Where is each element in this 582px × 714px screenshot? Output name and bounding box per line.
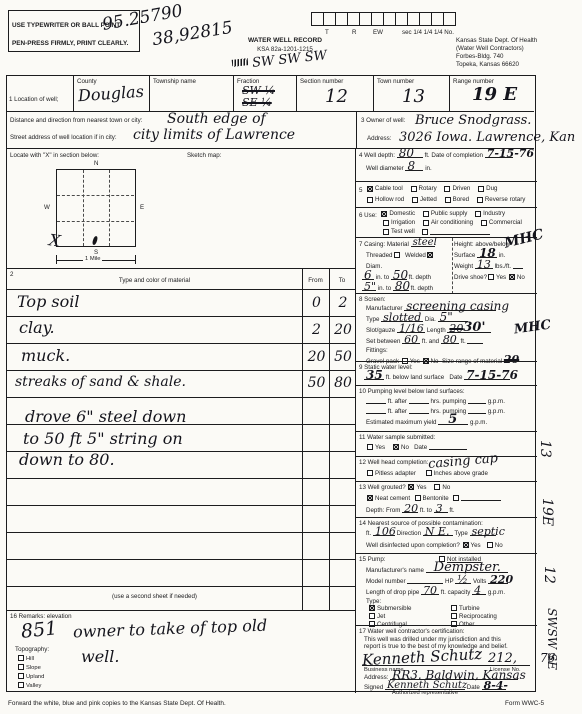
material-cell: clay. (19, 320, 55, 336)
option-label: Jetted (420, 196, 437, 204)
agency-address-block: Kansas State Dept. Of Health (Water Well… (456, 37, 537, 69)
drilling-note-line: drove 6" steel down (25, 409, 186, 425)
contamination-ft-blank: 106 (373, 530, 395, 536)
no-label: No (442, 484, 450, 491)
section-divider (452, 238, 453, 294)
option-bored: Bored (444, 196, 470, 204)
compass-north: N (94, 160, 98, 168)
checkbox-grout-other (453, 495, 459, 501)
material-cell: streaks of sand & shale. (15, 375, 186, 389)
license-number-value: 212, (488, 652, 517, 665)
static-level-blank: 35 (364, 374, 384, 380)
weight-extra-blank (513, 263, 523, 269)
from-cell: 50 (304, 376, 329, 390)
capacity-label: ft. capacity (441, 589, 471, 596)
signed-date-label: Date (467, 684, 480, 691)
static-date-value: 7-15-76 (466, 369, 518, 381)
signature-line (362, 665, 530, 666)
static-level-unit: ft. below land surface (386, 374, 444, 381)
volts-value: 220 (490, 574, 513, 585)
checkbox-slope (18, 664, 24, 670)
distance-value: South edge of (167, 112, 266, 126)
contractor-address-label: Address: (364, 674, 388, 681)
casing-d2-end: ft. depth (411, 285, 433, 292)
grout-to-blank: 3 (434, 507, 448, 513)
checkbox-industry (475, 211, 481, 217)
checkbox-public-supply (423, 211, 429, 217)
weight-unit: lbs./ft. (495, 263, 512, 270)
material-table: 2 Type and color of material From To Top (7, 269, 355, 611)
drilling-note-line: to 50 ft 5" string on (23, 431, 183, 447)
checkbox-sample-no (393, 444, 399, 450)
checkbox-cable-tool (367, 186, 373, 192)
row-line (7, 343, 355, 344)
second-sheet-note: (use a second sheet if needed) (7, 593, 302, 601)
to-header: To (329, 277, 355, 285)
row-line (7, 370, 355, 371)
sample-date-blank (429, 444, 467, 450)
static-level-value: 35 (366, 369, 383, 381)
checkbox-driven (444, 186, 450, 192)
range-number-value: 19 E (472, 86, 517, 104)
checkbox-other-use (422, 229, 428, 235)
option-label: Bored (453, 196, 470, 204)
topo-option-label: Slope (26, 665, 41, 671)
contamination-type-blank: septic (470, 530, 496, 536)
form-title-block: WATER WELL RECORD KSA 82a-1201-1215 (222, 37, 348, 54)
grid-box (443, 12, 456, 26)
yield-label: Estimated maximum yield (366, 419, 437, 426)
set-from-value: 60 (404, 334, 418, 345)
checkbox-reverse-rotary (477, 197, 483, 203)
model-number-label: Model number (366, 578, 406, 585)
water-sample-section: 11 Water sample submitted: Yes No Date (356, 431, 537, 456)
county-cell: County Douglas (73, 76, 149, 112)
yes-label: Yes (471, 542, 481, 549)
pumping-line-label: ft. after (388, 398, 407, 405)
pump-mfr-label: Manufacturer's name (366, 567, 424, 574)
location-label: 1 Location of well; (9, 96, 59, 103)
pumping-blank (468, 408, 486, 414)
static-date-label: Date (449, 374, 462, 381)
street-address-value: city limits of Lawrence (133, 128, 295, 142)
range-number-cell: Range number 19 E (449, 76, 534, 112)
from-header: From (302, 277, 329, 285)
pumping-gpm-label: g.p.m. (488, 398, 505, 405)
township-range-grid (312, 12, 456, 26)
option-reverse-rotary: Reverse rotary (476, 196, 526, 204)
well-head-label: 12 Well head completion: (359, 459, 428, 466)
checkbox-air-conditioning (423, 220, 429, 226)
well-depth-value: 80 (399, 147, 414, 159)
completion-date-value: 7-15-76 (487, 148, 534, 159)
bentonite-label: Bentonite (423, 495, 449, 502)
surface-unit: in. (499, 252, 506, 259)
drop-pipe-label: Length of drop pipe (366, 589, 419, 596)
option-other-use (421, 229, 490, 235)
owner-value: Bruce Snodgrass. (415, 114, 531, 127)
certification-text: This well was drilled under my jurisdict… (364, 636, 501, 643)
pitless-label: Pitless adapter (375, 470, 416, 477)
option-label: Driven (452, 185, 470, 193)
sketch-map-label: Sketch map: (187, 152, 221, 160)
set-from-blank: 60 (402, 338, 420, 344)
margin-note: 19E (540, 498, 554, 526)
location-cell: 1 Location of well; (7, 76, 73, 112)
agency-line: (Water Well Contractors) (456, 45, 537, 53)
ink-scribble (232, 58, 249, 67)
checkbox-hollow-rod (367, 197, 373, 203)
slot-gauze-label: Slot/gauze (366, 327, 395, 334)
pumping-line-label: ft. after (388, 408, 407, 415)
use-section: 6 Use: Domestic Public supply Industry I… (356, 207, 537, 237)
casing-label: 7 Casing: Material (359, 241, 409, 248)
option-label: Submersible (377, 605, 411, 612)
option-air-conditioning: Air conditioning (422, 219, 473, 227)
completion-date-label: ft. Date of completion (424, 152, 482, 159)
drive-shoe-label: Drive shoe? (454, 274, 487, 281)
authorized-representative-label: Authorized representative (392, 690, 458, 698)
grouted-label: 13 Well grouted? (359, 484, 406, 491)
signed-date-blank: 8-4- (482, 684, 506, 690)
to-cell: 80 (331, 376, 355, 390)
set-to-blank: 80 (441, 338, 459, 344)
checkbox-grouted-yes (408, 484, 414, 490)
option-label: Rotary (419, 185, 437, 193)
pumping-hrs-label: hrs. pumping (430, 398, 466, 405)
yield-blank: 5 (438, 419, 468, 425)
well-location-x-mark: X (48, 232, 62, 249)
option-jetted: Jetted (411, 196, 437, 204)
row-line (7, 505, 355, 506)
capacity-unit: g.p.m. (488, 589, 505, 596)
compass-east: E (140, 204, 144, 212)
certification-section: 17 Water well contractor's certification… (356, 625, 537, 693)
option-test-well: Test well (382, 228, 415, 236)
town-number-cell: Town number 13 (373, 76, 449, 112)
checkbox-disinfected-no (487, 542, 493, 548)
contamination-section: 14 Nearest source of possible contaminat… (356, 517, 537, 553)
material-cell: muck. (21, 348, 70, 364)
casing-d2-mid: in. to (378, 285, 391, 292)
water-sample-label: 11 Water sample submitted: (359, 434, 435, 441)
option-irrigation: Irrigation (382, 219, 415, 227)
row-line (7, 316, 355, 317)
checkbox-hill (18, 655, 24, 661)
casing-section: 7 Casing: Material steel Height: above/b… (356, 237, 537, 293)
grid-label-r: R (352, 29, 356, 37)
pump-label: 15 Pump: (359, 556, 385, 563)
inches-above-label: Inches above grade (434, 470, 488, 477)
contamination-type-value: septic (472, 526, 505, 537)
no-label: No (517, 274, 525, 281)
distance-label: Distance and direction from nearest town… (10, 117, 142, 125)
sample-date-label: Date (414, 444, 427, 451)
capacity-value: 4 (474, 585, 481, 596)
row-line (7, 559, 355, 560)
checkbox-commercial (481, 220, 487, 226)
welded-label: Welded (405, 252, 426, 259)
fittings-label: Fittings: (366, 347, 388, 354)
grid-line (57, 221, 134, 222)
static-level-section: 9 Static water level: 35 ft. below land … (356, 361, 537, 385)
agency-line: Kansas State Dept. Of Health (456, 37, 537, 45)
section-number-label: Section number (300, 78, 343, 86)
casing-d2-ft-value: 80 (395, 280, 410, 292)
grout-to-value: 3 (436, 503, 443, 514)
row-line (7, 586, 355, 587)
option-label: Reciprocating (459, 613, 497, 620)
yes-label: Yes (496, 274, 506, 281)
option-label: Public supply (431, 210, 467, 218)
no-label: No (495, 542, 503, 549)
agency-line: Forbes-Bldg. 740 (456, 53, 537, 61)
street-address-label: Street address of well location if in ci… (10, 134, 117, 142)
capacity-blank: 4 (472, 589, 486, 595)
screen-type-label: Type (366, 316, 379, 323)
owner-address-value: 3026 Iowa. Lawrence, Kan (399, 131, 575, 144)
contamination-type-label: Type (454, 530, 467, 537)
screen-label: 8 Screen: (359, 296, 385, 303)
yield-unit: g.p.m. (470, 419, 487, 426)
to-cell: 50 (331, 350, 355, 364)
from-cell: 0 (304, 296, 329, 310)
drop-pipe-blank: 70 (421, 589, 439, 595)
checkbox-turbine (451, 605, 457, 611)
checkbox-submersible (369, 605, 375, 611)
length-value: 30' (463, 321, 485, 334)
pumping-blank (409, 398, 429, 404)
county-value: Douglas (78, 84, 145, 105)
casing-d2-ft-blank: 80 (393, 285, 409, 291)
option-domestic: Domestic (380, 210, 415, 218)
topo-option-label: Hill (26, 656, 34, 662)
grid-line (57, 195, 134, 196)
topo-option-label: Valley (26, 683, 41, 689)
grout-end-label: ft. (449, 507, 454, 514)
checkbox-pitless (367, 470, 373, 476)
section-number-cell: Section number 12 (296, 76, 373, 112)
pumping-level-section: 10 Pumping level below land surfaces: ft… (356, 385, 537, 431)
from-cell: 20 (304, 350, 329, 364)
other-use-blank (430, 229, 490, 235)
town-number-value: 13 (402, 88, 425, 106)
checkbox-threaded (394, 252, 400, 258)
grouted-section: 13 Well grouted? Yes No Neat cement Bent… (356, 481, 537, 517)
margin-note: 12 (542, 566, 556, 584)
checkbox-sample-yes (367, 444, 373, 450)
remark-text: well. (81, 649, 119, 665)
static-date-blank: 7-15-76 (464, 374, 510, 380)
option-cable-tool: Cable tool (366, 185, 403, 193)
well-head-section: 12 Well head completion: casing cap Pitl… (356, 456, 537, 481)
compass-west: W (44, 204, 50, 212)
option-label: Industry (483, 210, 505, 218)
well-diameter-unit: in. (425, 165, 432, 172)
locate-label: Locate with "X" in section below: (10, 152, 99, 160)
grout-depth-label: Depth: From (366, 507, 400, 514)
agency-line: Topeka, Kansas 66620 (456, 61, 537, 69)
option-industry: Industry (474, 210, 505, 218)
yes-label: Yes (375, 444, 385, 451)
casing-d2-blank: 5" (362, 285, 376, 291)
section-square (56, 169, 136, 247)
set-extra-blank (467, 338, 483, 344)
grout-from-blank: 20 (402, 507, 418, 513)
grout-from-value: 20 (404, 503, 418, 514)
from-cell: 2 (304, 323, 329, 337)
pumping-blank (366, 408, 386, 414)
casing-material-blank: steel (411, 241, 435, 247)
right-column: 4 Well depth: 80 ft. Date of completion … (356, 149, 534, 693)
well-depth-blank: 80 (397, 152, 423, 158)
weight-blank: 13 (475, 263, 493, 269)
hp-blank: ½ (455, 578, 471, 584)
grid-label-ew: EW (373, 29, 383, 37)
checkbox-dug (478, 186, 484, 192)
neat-cement-label: Neat cement (375, 495, 410, 502)
option-hollow-rod: Hollow rod (366, 196, 404, 204)
remarks-section: 16 Remarks: elevation 851 owner to take … (7, 611, 355, 693)
owner-cell: 3 Owner of well: Bruce Snodgrass. Addres… (356, 112, 534, 149)
footer-form-number: Form WWC-5 (505, 700, 544, 708)
signed-date-value: 8-4- (484, 680, 508, 691)
ink-blob (92, 236, 99, 246)
checkbox-grouted-no (434, 484, 440, 490)
threaded-label: Threaded (366, 252, 393, 259)
owner-label: 3 Owner of well: (361, 117, 405, 125)
checkbox-bored (445, 197, 451, 203)
left-column: Locate with "X" in section below: Sketch… (7, 149, 356, 693)
option-commercial: Commercial (480, 219, 522, 227)
to-cell: 2 (331, 296, 355, 310)
option-label: Dug (486, 185, 497, 193)
direction-value: N E. (425, 526, 450, 537)
distance-owner-row: Distance and direction from nearest town… (7, 112, 534, 149)
topography-label: Topography: (15, 646, 49, 654)
contamination-ft-label: ft. (366, 530, 371, 537)
well-diameter-label: Well diameter (366, 165, 404, 172)
casing-d1-mid: in. to (376, 274, 389, 281)
pump-type-label: Type: (366, 598, 381, 605)
grid-label-t: T (325, 29, 329, 37)
drilling-method-section: 5 Cable tool Rotary Driven Dug Hollow ro… (356, 181, 537, 207)
hp-value: ½ (457, 574, 468, 585)
margin-note: 13 (538, 440, 552, 458)
option-label: Commercial (489, 219, 522, 227)
direction-label: Direction (397, 530, 421, 537)
row-line (7, 532, 355, 533)
reviewer-annotation: MHC (513, 318, 551, 336)
checkbox-jetted (412, 197, 418, 203)
pumping-blank (366, 398, 386, 404)
casing-d2-value: 5" (364, 281, 376, 292)
fraction-cell: Fraction SW ¼ SE ¼ (233, 76, 296, 112)
checkbox-upland (18, 673, 24, 679)
option-label: Jet (377, 613, 385, 620)
pumping-blank (409, 408, 429, 414)
hp-label: HP (445, 578, 453, 585)
row-line (7, 478, 355, 479)
material-cell: Top soil (17, 294, 79, 310)
yield-value: 5 (448, 413, 457, 426)
checkbox-reciprocating (451, 613, 457, 619)
option-driven: Driven (443, 185, 470, 193)
checkbox-test-well (383, 229, 389, 235)
casing-d1-end: ft. depth (409, 274, 431, 281)
dia-label: Dia. (425, 316, 436, 323)
option-rotary: Rotary (410, 185, 437, 193)
pumping-blank (468, 398, 486, 404)
form-body: 1 Location of well; County Douglas Towns… (6, 75, 536, 692)
pumping-gpm-label: g.p.m. (488, 408, 505, 415)
pump-section: 15 Pump: Not installed Manufacturer's na… (356, 553, 537, 625)
section-number: 5 (359, 187, 362, 194)
pumping-level-label: 10 Pumping level below land surfaces: (359, 388, 465, 395)
option-label: Turbine (459, 605, 480, 612)
elevation-value: 851 (20, 619, 58, 642)
use-label: 6 Use: (359, 212, 377, 219)
well-diameter-blank: 8 (405, 165, 423, 171)
fraction-crossed-value: SE ¼ (242, 97, 272, 108)
form-title: WATER WELL RECORD (222, 37, 348, 46)
set-mid-label: ft. and (422, 338, 439, 345)
no-label: No (401, 444, 409, 451)
weight-value: 13 (477, 259, 491, 270)
row-line (7, 397, 355, 398)
fraction-crossed-value: SW ¼ (242, 85, 275, 96)
option-label: Cable tool (375, 185, 403, 193)
row-line (7, 289, 355, 290)
grid-line (83, 170, 84, 246)
checkbox-jet (369, 613, 375, 619)
yes-label: Yes (416, 484, 426, 491)
owner-address-label: Address: (367, 135, 391, 143)
scale-label: 1 Mile (83, 256, 102, 264)
drilling-note-line: down to 80. (19, 452, 115, 468)
option-label: Domestic (389, 210, 415, 218)
well-depth-section: 4 Well depth: 80 ft. Date of completion … (356, 149, 537, 181)
contamination-ft-value: 106 (375, 526, 396, 537)
well-depth-label: 4 Well depth: (359, 152, 395, 159)
surface-label: Surface (454, 252, 475, 259)
material-header: Type and color of material (7, 277, 302, 285)
topo-option-label: Upland (26, 674, 44, 680)
option-public-supply: Public supply (422, 210, 467, 218)
grid-label-sec: sec 1/4 1/4 1/4 No. (402, 29, 454, 37)
option-label: Air conditioning (431, 219, 473, 227)
checkbox-inches-above (426, 470, 432, 476)
locate-section: Locate with "X" in section below: Sketch… (7, 149, 355, 269)
town-number-label: Town number (377, 78, 414, 86)
completion-date-blank: 7-15-76 (485, 152, 513, 158)
checkbox-domestic (381, 211, 387, 217)
well-diameter-value: 8 (407, 160, 415, 172)
screen-section: 8 Screen: Manufacturer screening casing … (356, 293, 537, 361)
section-number-value: 12 (325, 88, 348, 106)
township-label: Township name (153, 78, 196, 86)
remark-text: owner to take of top old (73, 618, 268, 641)
township-cell: Township name (149, 76, 233, 112)
volts-blank: 220 (488, 578, 508, 584)
option-label: Irrigation (391, 219, 415, 227)
option-label: Hollow rod (375, 196, 404, 204)
option-label: Test well (391, 228, 415, 236)
footer-distribution-note: Forward the white, blue and pink copies … (8, 700, 226, 708)
water-well-record-scan: USE TYPEWRITER OR BALL POINT PEN-PRESS F… (0, 0, 582, 714)
casing-material-value: steel (413, 238, 437, 248)
checkbox-valley (18, 682, 24, 688)
